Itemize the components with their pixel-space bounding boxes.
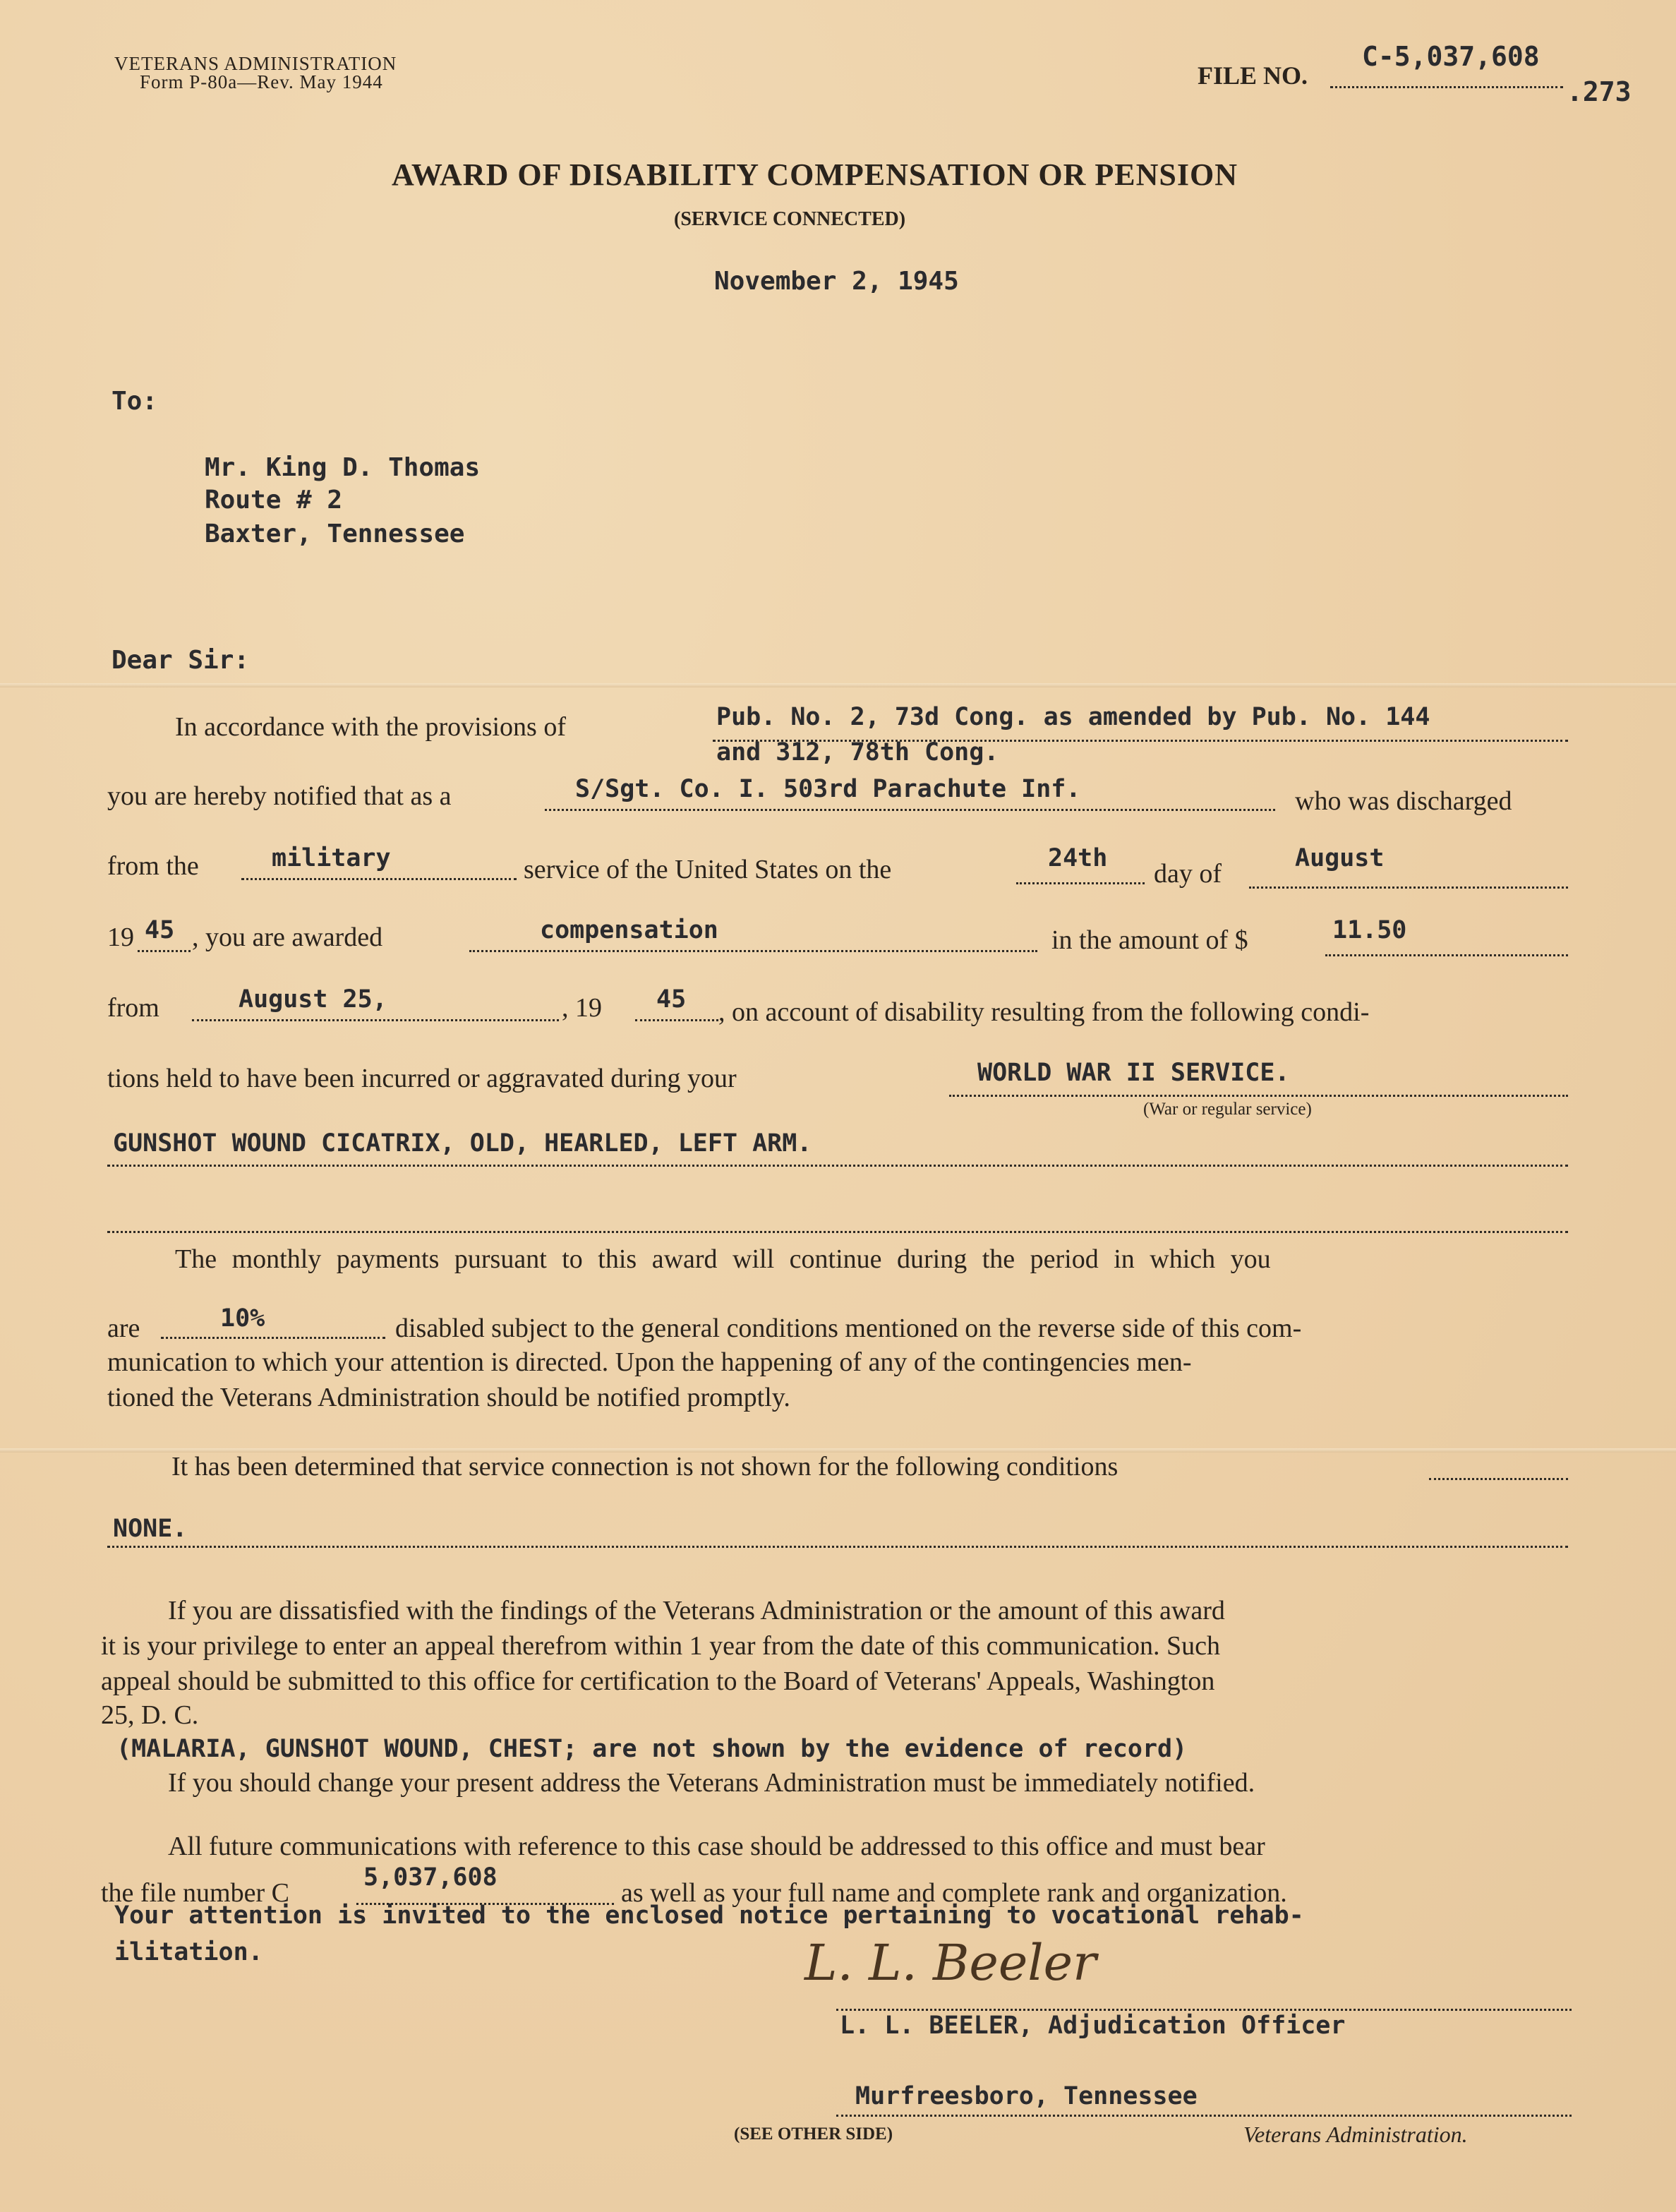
award-text: you are hereby notified that as a <box>107 782 451 810</box>
file-no-label: FILE NO. <box>1198 61 1308 90</box>
not-shown-value: NONE. <box>113 1515 187 1543</box>
rank-unit-field: S/Sgt. Co. I. 503rd Parachute Inf. <box>575 775 1080 803</box>
award-text: from <box>107 994 159 1022</box>
award-type-line <box>469 950 1037 952</box>
service-caption: (War or regular service) <box>1143 1100 1312 1119</box>
service-type-field: military <box>272 844 391 872</box>
not-shown-line <box>1429 1478 1568 1480</box>
payments-text: munication to which your attention is di… <box>107 1348 1191 1376</box>
service-period-line <box>949 1095 1568 1097</box>
award-type-field: compensation <box>540 916 718 944</box>
percent-line <box>161 1337 385 1339</box>
award-text: tions held to have been incurred or aggr… <box>107 1064 737 1093</box>
appeal-text: 25, D. C. <box>101 1701 198 1729</box>
document-date: November 2, 1945 <box>714 267 959 296</box>
day-field: 24th <box>1048 844 1107 872</box>
year-field: 45 <box>145 916 174 944</box>
month-line <box>1249 886 1568 889</box>
file-no-suffix: .273 <box>1567 76 1632 107</box>
file-number-field: 5,037,608 <box>363 1863 498 1892</box>
appeal-text: If you should change your present addres… <box>168 1769 1255 1797</box>
law-field-line1: Pub. No. 2, 73d Cong. as amended by Pub.… <box>716 703 1430 731</box>
from-year-field: 45 <box>656 985 686 1014</box>
payments-text: The monthly payments pursuant to this aw… <box>175 1245 1271 1273</box>
appeal-text: appeal should be submitted to this offic… <box>101 1667 1214 1695</box>
salutation: Dear Sir: <box>111 646 249 675</box>
not-shown-text: It has been determined that service conn… <box>171 1453 1118 1481</box>
file-no-line <box>1330 86 1563 88</box>
typed-rehab-note: Your attention is invited to the enclose… <box>114 1901 1304 1930</box>
award-text: 19 <box>107 923 134 951</box>
month-field: August <box>1295 844 1384 872</box>
form-number: Form P-80a—Rev. May 1944 <box>140 72 383 92</box>
condition-field: GUNSHOT WOUND CICATRIX, OLD, HEARLED, LE… <box>113 1129 812 1158</box>
from-year-line <box>635 1019 718 1021</box>
service-period-field: WORLD WAR II SERVICE. <box>977 1059 1290 1087</box>
percent-field: 10% <box>220 1304 265 1333</box>
typed-rehab-note-2: ilitation. <box>114 1938 263 1966</box>
award-text: service of the United States on the <box>524 855 891 884</box>
document-title: AWARD OF DISABILITY COMPENSATION OR PENS… <box>392 157 1238 193</box>
award-text: who was discharged <box>1295 787 1512 815</box>
agency-footer: Veterans Administration. <box>1243 2122 1468 2148</box>
handwritten-signature: L. L. Beeler <box>804 1934 1097 1992</box>
file-no-value: C-5,037,608 <box>1362 41 1540 72</box>
office-line <box>836 2115 1572 2117</box>
signature-line <box>836 2009 1572 2011</box>
agency-header: VETERANS ADMINISTRATION <box>114 54 397 73</box>
law-field-line2: and 312, 78th Cong. <box>716 738 999 767</box>
award-text: in the amount of $ <box>1051 926 1248 954</box>
award-text: from the <box>107 852 199 880</box>
payments-text: tioned the Veterans Administration shoul… <box>107 1383 790 1412</box>
day-line <box>1016 882 1145 884</box>
not-shown-line-2 <box>107 1546 1568 1548</box>
to-label: To: <box>111 387 157 416</box>
year-line <box>138 950 191 952</box>
from-date-field: August 25, <box>239 985 387 1014</box>
payments-text: disabled subject to the general conditio… <box>395 1314 1301 1342</box>
see-other-side: (SEE OTHER SIDE) <box>734 2124 893 2144</box>
condition-line-2 <box>107 1231 1568 1233</box>
signer-name-title: L. L. BEELER, Adjudication Officer <box>840 2012 1345 2040</box>
amount-field: 11.50 <box>1332 916 1406 944</box>
award-text: In accordance with the provisions of <box>175 713 566 741</box>
award-text: , you are awarded <box>192 923 382 951</box>
recipient-name: Mr. King D. Thomas <box>205 450 480 486</box>
appeal-text: If you are dissatisfied with the finding… <box>168 1597 1225 1625</box>
appeal-text: it is your privilege to enter an appeal … <box>101 1632 1220 1660</box>
award-text: , on account of disability resulting fro… <box>718 998 1369 1026</box>
future-text: All future communications with reference… <box>168 1832 1265 1861</box>
rank-field-line <box>545 809 1275 811</box>
condition-line <box>107 1165 1568 1167</box>
payments-text: are <box>107 1314 140 1342</box>
document-subtitle: (SERVICE CONNECTED) <box>674 208 905 231</box>
service-type-line <box>241 878 517 880</box>
typed-note-conditions: (MALARIA, GUNSHOT WOUND, CHEST; are not … <box>116 1735 1187 1763</box>
from-date-line <box>192 1019 559 1021</box>
award-text: day of <box>1154 860 1222 888</box>
recipient-street: Route # 2 <box>205 486 342 515</box>
office-location: Murfreesboro, Tennessee <box>855 2082 1198 2110</box>
amount-line <box>1325 954 1568 956</box>
award-text: , 19 <box>562 994 602 1022</box>
fold-crease <box>0 683 1676 687</box>
recipient-city: Baxter, Tennessee <box>205 519 464 548</box>
